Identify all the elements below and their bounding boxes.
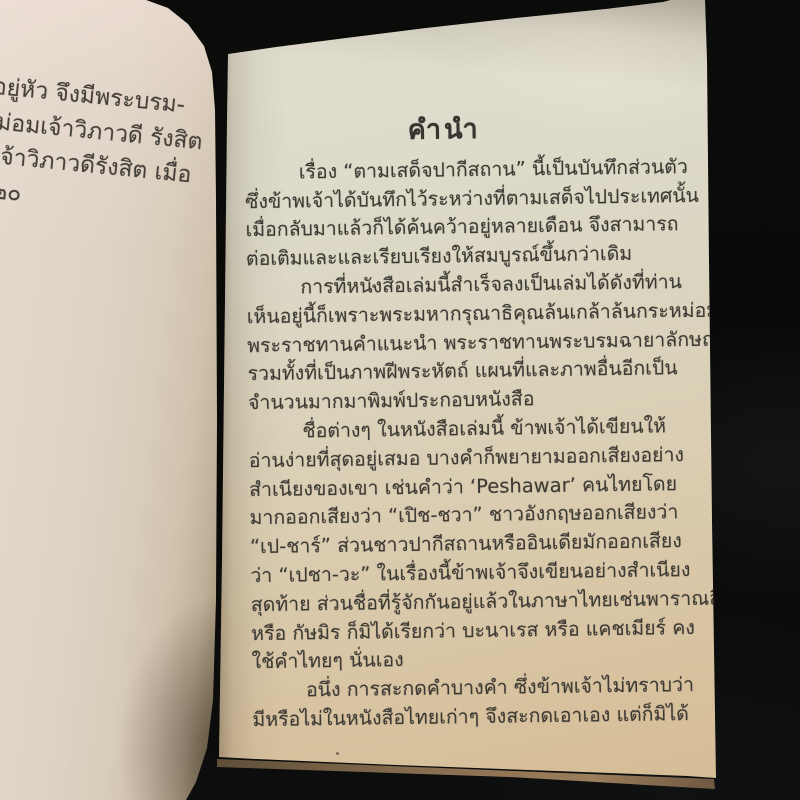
book-photo: ระเจ้าอยู่หัว จึงมีพระบรม- ปนา หม่อมเจ้า… bbox=[0, 0, 800, 800]
page-title: คำนำ bbox=[214, 113, 674, 148]
text-line: มีหรือไม่ในหนังสือไทยเก่าๆ จึงสะกดเอาเอง… bbox=[252, 700, 712, 735]
left-page-text: ระเจ้าอยู่หัว จึงมีพระบรม- ปนา หม่อมเจ้า… bbox=[0, 64, 208, 228]
right-page: คำนำ เรื่อง “ตามเสด็จปากีสถาน” นี้เป็นบั… bbox=[216, 0, 718, 800]
paper-speck bbox=[372, 284, 376, 288]
right-page-text: คำนำ เรื่อง “ตามเสด็จปากีสถาน” นี้เป็นบั… bbox=[244, 113, 713, 735]
left-page: ระเจ้าอยู่หัว จึงมีพระบรม- ปนา หม่อมเจ้า… bbox=[0, 0, 220, 800]
paper-speck bbox=[336, 752, 339, 755]
